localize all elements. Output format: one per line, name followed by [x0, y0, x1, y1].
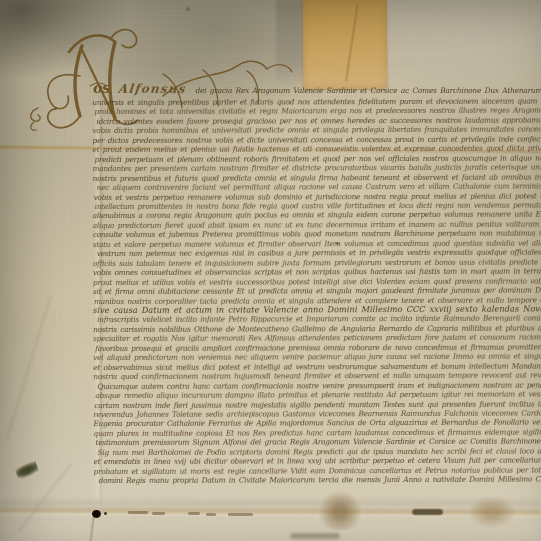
royal-name: Alfonsus [118, 82, 188, 96]
opening-line: os Alfonsus dei gracia Rex Aragonum Vale… [93, 80, 541, 98]
charter-text-block: universis et singulis presentibus parite… [92, 96, 541, 490]
text-line: domini Regis manu propria Datum in Civit… [94, 474, 541, 485]
opening-line-text: dei gracia Rex Aragonum Valencie Sardini… [195, 86, 541, 95]
initial-ligature: os [93, 80, 110, 97]
patch-crease [345, 2, 359, 81]
manuscript-photo: os Alfonsus dei gracia Rex Aragonum Vale… [0, 0, 541, 541]
repair-patch [303, 0, 388, 89]
